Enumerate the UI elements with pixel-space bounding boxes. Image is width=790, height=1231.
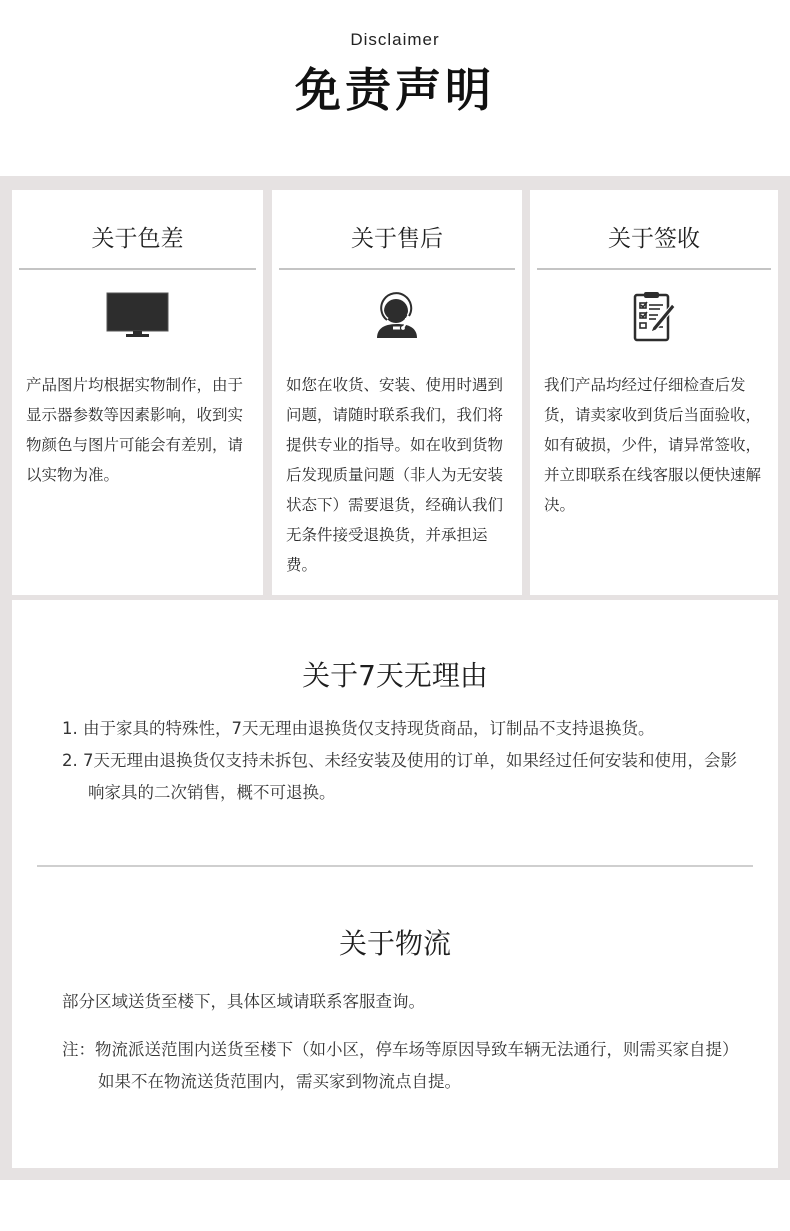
card-signing: 关于签收 我们产品均经过仔细检查后发货，请卖家收到货后当面验收，如有破损，少件，…: [530, 190, 778, 595]
monitor-icon: [106, 290, 170, 342]
card-body-text: 如您在收货、安装、使用时遇到问题，请随时联系我们，我们将提供专业的指导。如在收到…: [286, 370, 514, 580]
card-title: 关于色差: [12, 220, 263, 253]
card-color-difference: 关于色差 产品图片均根据实物制作，由于显示器参数等因素影响，收到实物颜色与图片可…: [12, 190, 263, 595]
card-divider: [537, 268, 771, 270]
logistics-text: 部分区域送货至楼下，具体区域请联系客服查询。: [62, 986, 738, 1018]
card-body-text: 产品图片均根据实物制作，由于显示器参数等因素影响，收到实物颜色与图片可能会有差别…: [26, 370, 255, 490]
section-divider: [37, 865, 753, 867]
page-title: 免责声明: [293, 62, 497, 118]
clipboard-checklist-icon: [622, 290, 686, 342]
page-header: Disclaimer 免责声明: [0, 0, 790, 176]
logistics-note: 注：物流派送范围内送货至楼下（如小区，停车场等原因导致车辆无法通行，则需买家自提…: [62, 1034, 738, 1098]
customer-service-headset-icon: [365, 290, 429, 342]
card-body-text: 我们产品均经过仔细检查后发货，请卖家收到货后当面验收，如有破损，少件，请异常签收…: [544, 370, 770, 520]
return-policy-item: 2. 7天无理由退换货仅支持未拆包、未经安装及使用的订单，如果经过任何安装和使用…: [62, 745, 738, 809]
logistics-title: 关于物流: [12, 922, 778, 962]
disclaimer-subtitle: Disclaimer: [0, 30, 790, 50]
card-title: 关于签收: [530, 220, 778, 253]
return-policy-item: 1. 由于家具的特殊性，7天无理由退换货仅支持现货商品，订制品不支持退换货。: [62, 713, 738, 745]
card-divider: [19, 268, 256, 270]
card-title: 关于售后: [272, 220, 522, 253]
return-policy-title: 关于7天无理由: [12, 654, 778, 694]
policy-card: 关于7天无理由 1. 由于家具的特殊性，7天无理由退换货仅支持现货商品，订制品不…: [12, 600, 778, 1168]
card-divider: [279, 268, 515, 270]
page-title-text: 免责声明: [295, 63, 495, 117]
card-after-sales: 关于售后 如您在收货、安装、使用时遇到问题，请随时联系我们，我们将提供专业的指导…: [272, 190, 522, 595]
return-policy-list: 1. 由于家具的特殊性，7天无理由退换货仅支持现货商品，订制品不支持退换货。 2…: [62, 713, 738, 809]
